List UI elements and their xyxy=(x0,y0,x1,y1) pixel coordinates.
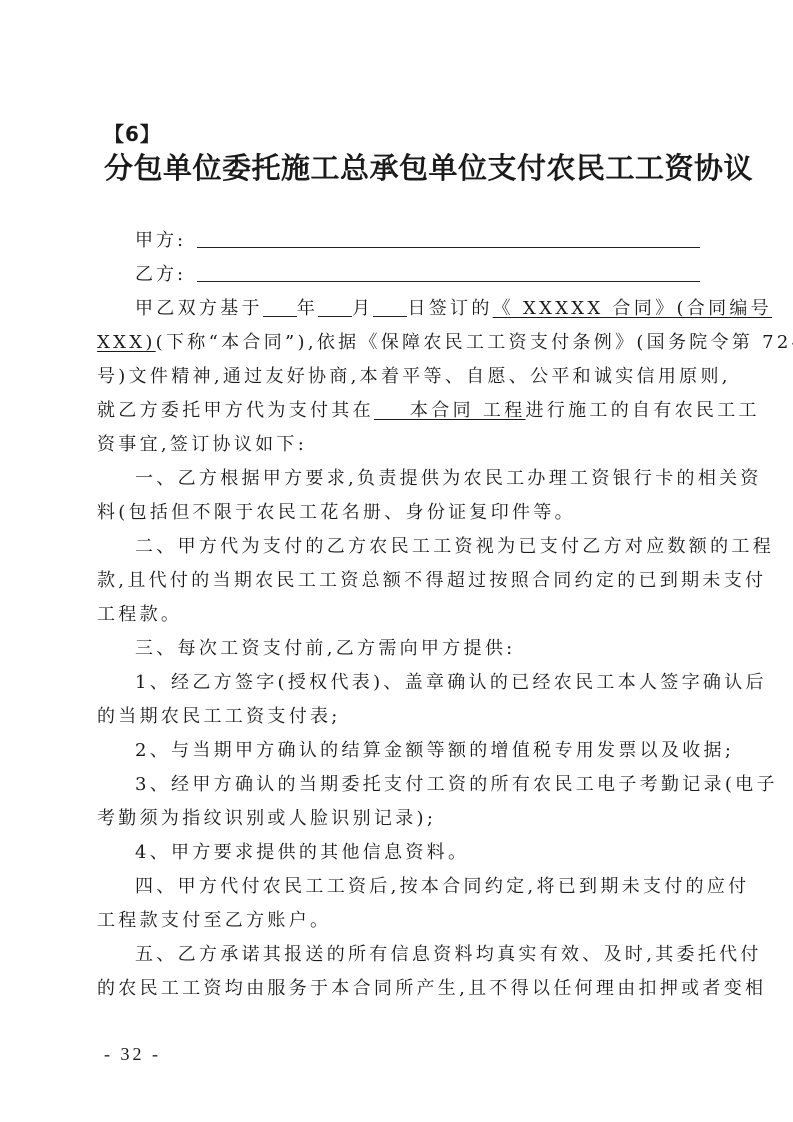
document-page: 【6】 分包单位委托施工总承包单位支付农民工工资协议 甲方: 乙方: 甲乙双方基… xyxy=(0,0,793,1122)
clause-1-line-2: 料(包括但不限于农民工花名册、身份证复印件等。 xyxy=(97,496,701,530)
month-blank[interactable] xyxy=(318,296,352,317)
intro-line-5: 资事宜,签订协议如下: xyxy=(97,428,701,462)
day-label: 日签订的 xyxy=(407,298,492,319)
contract-name: 《 XXXXX 合同》(合同编号 xyxy=(493,298,772,319)
contract-number: XXX) xyxy=(97,332,156,353)
page-number: - 32 - xyxy=(104,1044,161,1065)
project-name: 本合同 工程 xyxy=(374,400,526,421)
clause-1-line-1: 一、乙方根据甲方要求,负责提供为农民工办理工资银行卡的相关资 xyxy=(97,462,701,496)
clause-2-line-3: 工程款。 xyxy=(97,598,701,632)
intro-text: (下称“本合同”),依据《保障农民工工资支付条例》(国务院令第 724 xyxy=(156,332,793,353)
item-4-line-1: 4、甲方要求提供的其他信息资料。 xyxy=(97,836,701,870)
item-2-line-1: 2、与当期甲方确认的结算金额等额的增值税专用发票以及收据; xyxy=(97,734,701,768)
intro-line-3: 号)文件精神,通过友好协商,本着平等、自愿、公平和诚实信用原则, xyxy=(97,360,701,394)
section-tag: 【6】 xyxy=(104,118,161,147)
clause-5-line-1: 五、乙方承诺其报送的所有信息资料均真实有效、及时,其委托代付 xyxy=(97,938,701,972)
intro-text: 就乙方委托甲方代为支付其在 xyxy=(97,400,374,421)
clause-4-line-1: 四、甲方代付农民工工资后,按本合同约定,将已到期未支付的应付 xyxy=(97,870,701,904)
item-1-line-1: 1、经乙方签字(授权代表)、盖章确认的已经农民工本人签字确认后 xyxy=(97,666,701,700)
item-3-line-1: 3、经甲方确认的当期委托支付工资的所有农民工电子考勤记录(电子 xyxy=(97,768,701,802)
party-a-label: 甲方: xyxy=(135,224,186,258)
party-b-label: 乙方: xyxy=(135,258,186,292)
party-a-field[interactable] xyxy=(197,247,700,248)
intro-line-4: 就乙方委托甲方代为支付其在 本合同 工程进行施工的自有农民工工 xyxy=(97,394,701,428)
intro-line-2: XXX)(下称“本合同”),依据《保障农民工工资支付条例》(国务院令第 724 xyxy=(97,326,701,360)
intro-text: 甲乙双方基于 xyxy=(135,298,263,319)
year-label: 年 xyxy=(297,298,318,319)
clause-2-line-1: 二、甲方代为支付的乙方农民工工资视为已支付乙方对应数额的工程 xyxy=(97,530,701,564)
intro-text: 进行施工的自有农民工工 xyxy=(526,400,760,421)
clause-2-line-2: 款,且代付的当期农民工工资总额不得超过按照合同约定的已到期未支付 xyxy=(97,564,701,598)
document-title: 分包单位委托施工总承包单位支付农民工工资协议 xyxy=(104,146,704,187)
clause-5-line-2: 的农民工工资均由服务于本合同所产生,且不得以任何理由扣押或者变相 xyxy=(97,972,701,1006)
party-b-field[interactable] xyxy=(197,281,700,282)
clause-3-line-1: 三、每次工资支付前,乙方需向甲方提供: xyxy=(97,632,701,666)
year-blank[interactable] xyxy=(263,296,297,317)
item-3-line-2: 考勤须为指纹识别或人脸识别记录); xyxy=(97,802,701,836)
intro-line-1: 甲乙双方基于年月日签订的《 XXXXX 合同》(合同编号 xyxy=(97,292,701,326)
item-1-line-2: 的当期农民工工资支付表; xyxy=(97,700,701,734)
day-blank[interactable] xyxy=(373,296,407,317)
month-label: 月 xyxy=(352,298,373,319)
clause-4-line-2: 工程款支付至乙方账户。 xyxy=(97,904,701,938)
